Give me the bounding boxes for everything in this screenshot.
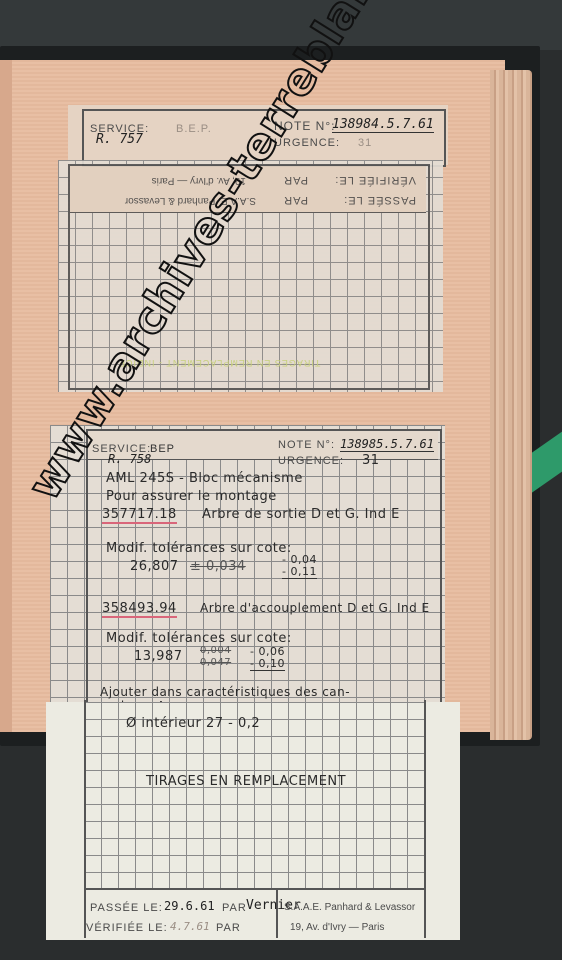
interior-spec: Ø intérieur 27 - 0,2 [126, 716, 260, 731]
note-value: 138985.5.7.61 [340, 437, 434, 452]
verifiee-label: VÉRIFIÉE LE: [334, 174, 416, 186]
purpose-line: Pour assurer le montage [106, 489, 277, 504]
tolerance-2-lower: - 0,10 [250, 657, 285, 671]
company-address: 19, Av. d'Ivry — Paris [290, 922, 384, 933]
card-footer-inverted: PASSÉE LE: PAR VÉRIFIÉE LE: PAR S.A.A.E.… [70, 166, 426, 213]
card-title: TIRAGES EN REMPLACEMENT [146, 774, 346, 789]
par-label: PAR [283, 174, 308, 186]
page-stack-edges [490, 70, 532, 740]
part-1-number: 357717.18 [102, 507, 177, 524]
modif-line-2: Modif. tolérances sur cote: [106, 631, 292, 646]
page-left-edge [0, 60, 12, 732]
component-title: AML 245S - Bloc mécanisme [106, 471, 303, 486]
tolerance-1-lower: - 0,11 [282, 565, 317, 579]
note-label: NOTE N°: [278, 439, 335, 451]
verifiee-date: 4.7.61 [170, 920, 210, 933]
urgence-label: URGENCE: [274, 137, 340, 149]
company-name: S.A.A.E. Panhard & Levassor [284, 902, 415, 913]
note-card-138985: SERVICE: BEP R. 758 NOTE N°: 138985.5.7.… [50, 425, 445, 725]
part-2-description: Arbre d'accouplement D et G. Ind E [200, 601, 430, 615]
tolerance-2-old-lower: 0,047 [200, 657, 231, 668]
part-2-number: 358493.94 [102, 601, 177, 618]
faded-remark: TIRAGES EN REMPLACEMENT - INDICE [118, 358, 320, 368]
service-ref: R. 758 [108, 452, 151, 466]
card-footer: PASSÉE LE: 29.6.61 PAR Vernier VÉRIFIÉE … [86, 888, 424, 940]
tirages-card: Ø intérieur 27 - 0,2 TIRAGES EN REMPLACE… [46, 702, 460, 940]
background-surface [0, 0, 562, 50]
par-label: PAR [283, 194, 308, 206]
part-1-description: Arbre de sortie D et G. Ind E [202, 507, 400, 522]
urgence-value: 31 [358, 137, 372, 149]
inverted-note-card: PASSÉE LE: PAR VÉRIFIÉE LE: PAR S.A.A.E.… [58, 160, 443, 392]
tolerance-1-old: ± 0,034 [190, 559, 246, 574]
urgence-value: 31 [362, 453, 380, 468]
add-line: Ajouter dans caractéristiques des can- [100, 685, 350, 699]
par-label: PAR [216, 922, 241, 934]
note-card-138984: SERVICE: B.E.P. R. 757 NOTE N°: 138984.5… [68, 105, 448, 165]
par-label: PAR [222, 902, 247, 914]
service-value: B.E.P. [176, 123, 212, 135]
tolerance-1-base: 26,807 [130, 559, 179, 574]
passee-label: PASSÉE LE: [343, 194, 416, 206]
urgence-label: URGENCE: [278, 455, 344, 467]
company-address: 19, Av. d'Ivry — Paris [152, 175, 246, 186]
passee-label: PASSÉE LE: [90, 902, 163, 914]
company-name: S.A.A.E. Panhard & Levassor [125, 195, 256, 206]
service-value: BEP [150, 443, 175, 455]
passee-date: 29.6.61 [164, 899, 215, 913]
modif-line-1: Modif. tolérances sur cote: [106, 541, 292, 556]
service-ref: R. 757 [96, 132, 143, 147]
note-label: NOTE N°: [274, 119, 335, 133]
tolerance-2-old-upper: 0,004 [200, 645, 231, 656]
note-value: 138984.5.7.61 [332, 117, 434, 133]
tolerance-2-base: 13,987 [134, 649, 183, 664]
verifiee-label: VÉRIFIÉE LE: [86, 922, 168, 934]
